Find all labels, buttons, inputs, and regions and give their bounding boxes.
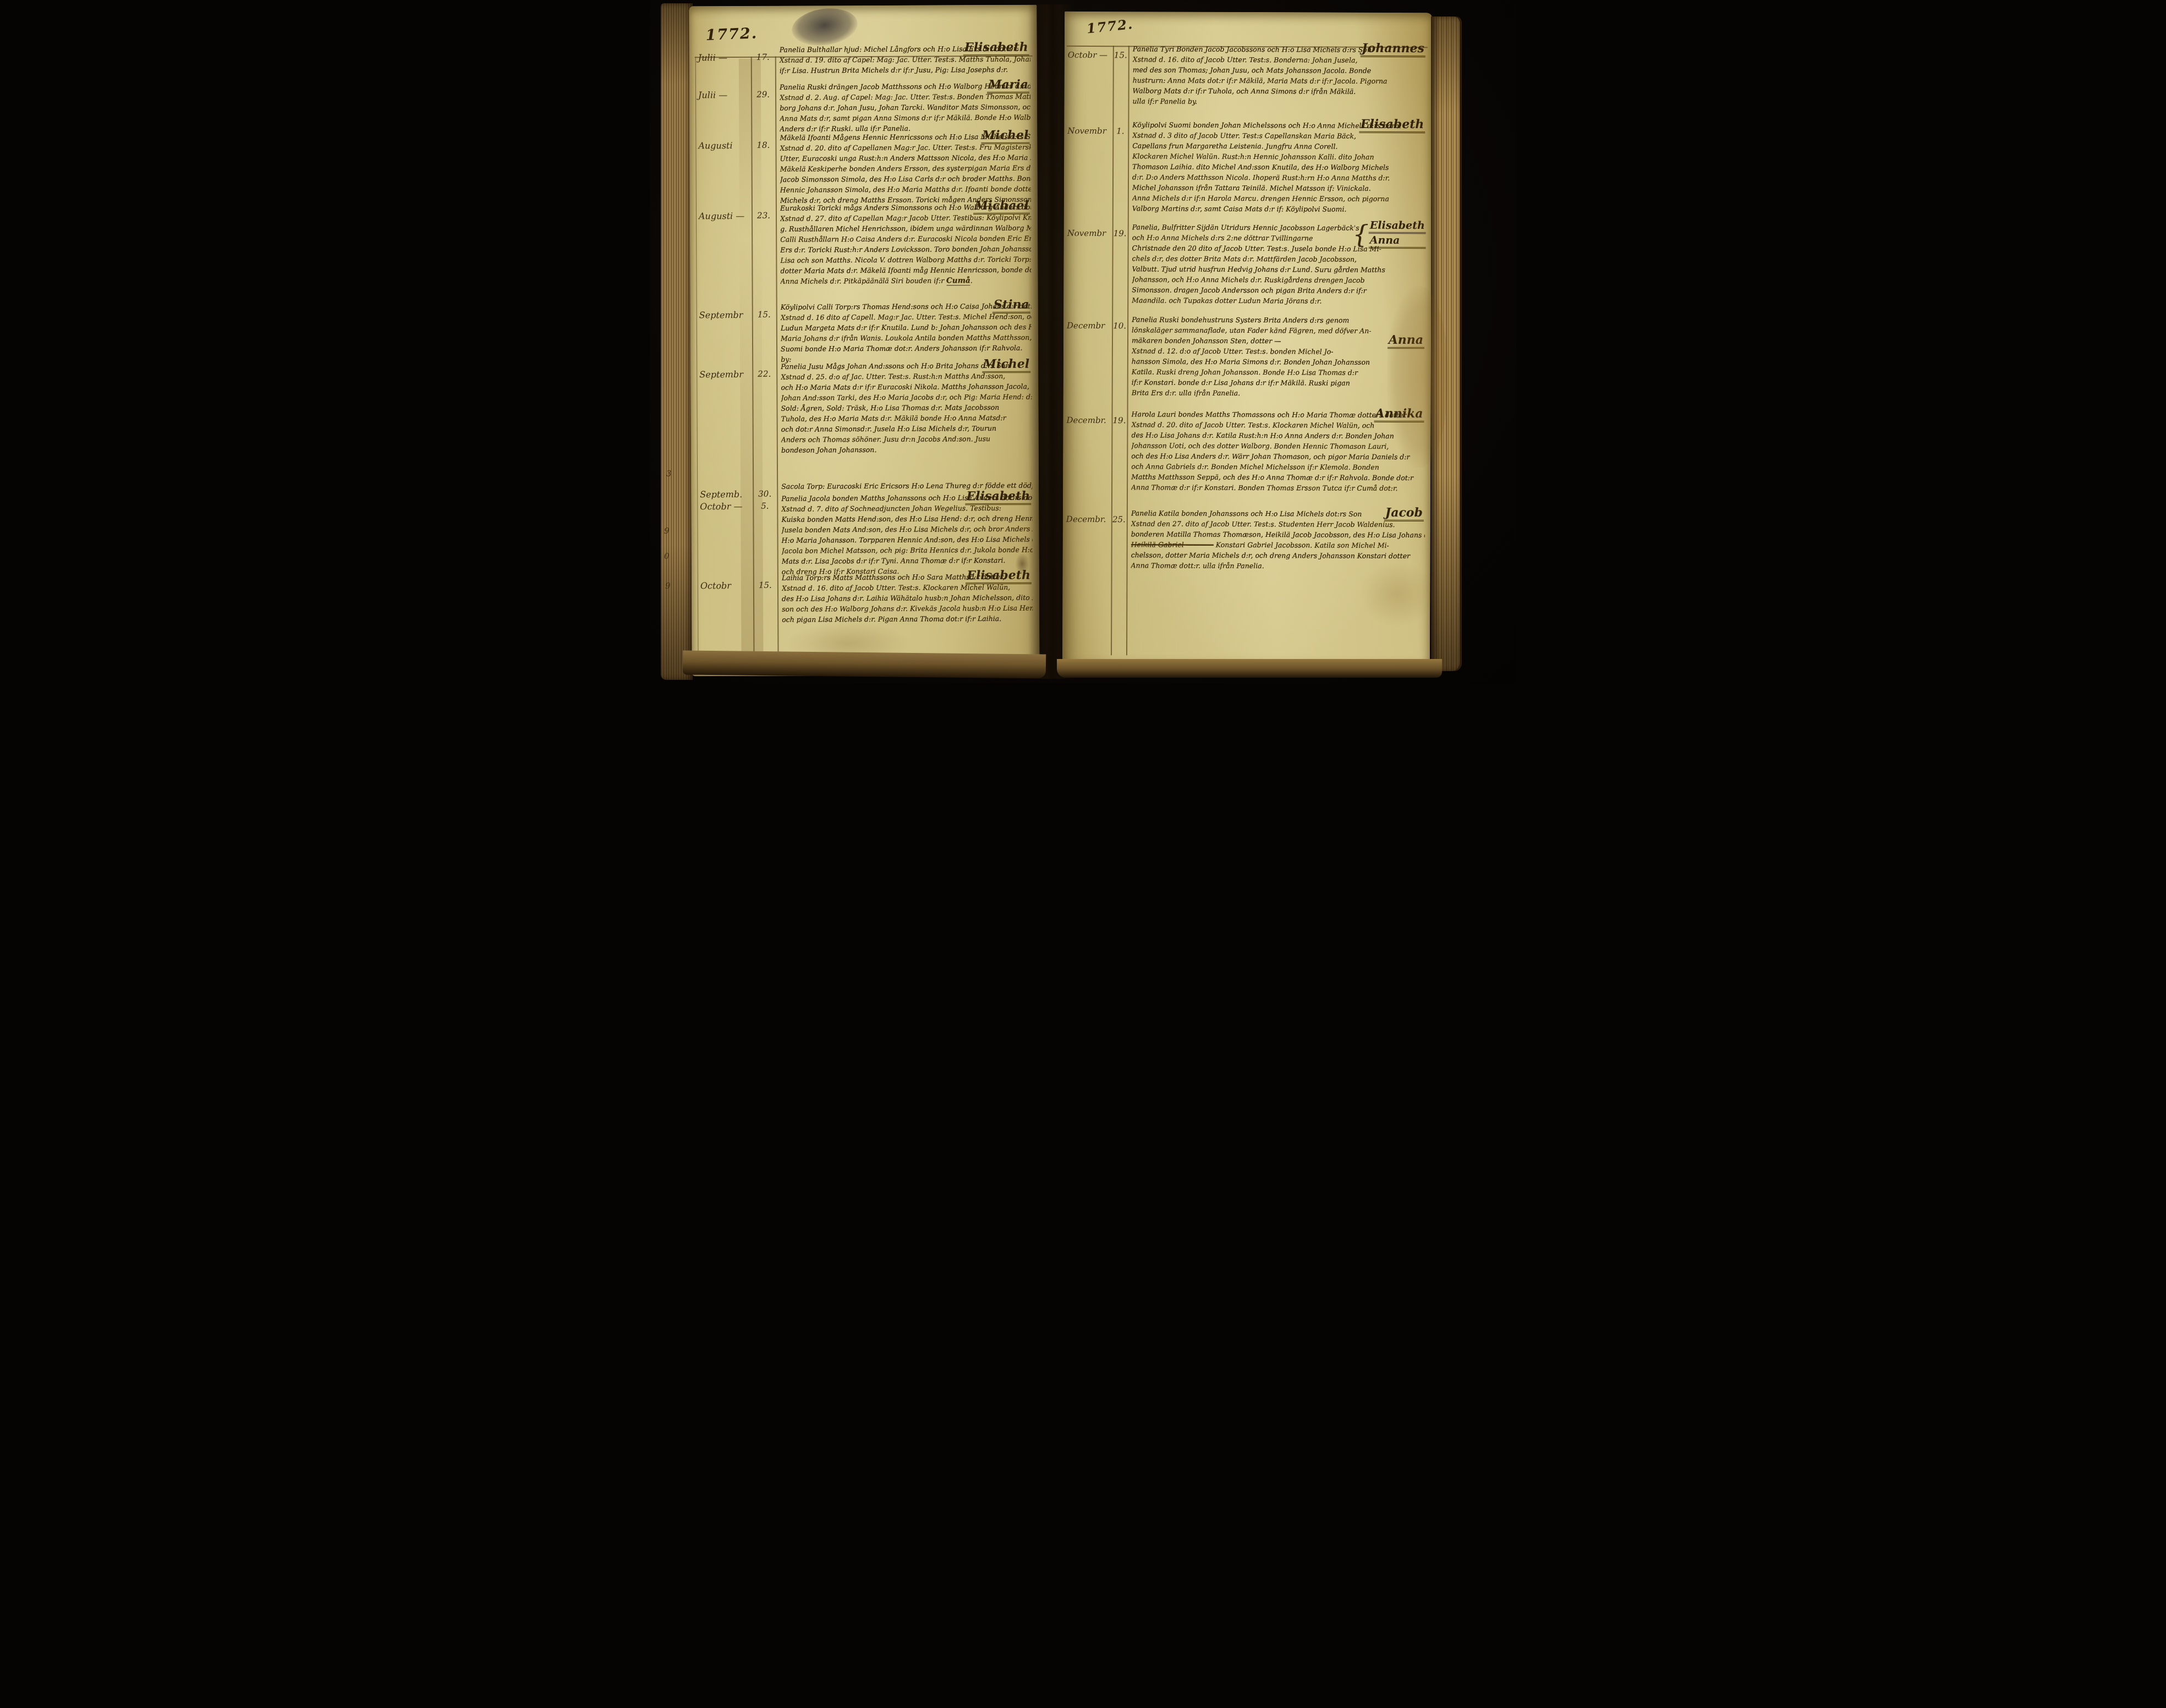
entry-line: Matths Matthsson Seppä, och des H:o Anna…	[1131, 471, 1425, 483]
entry-line: d:r. D:o Anders Matthsson Nicola. Ihoper…	[1132, 172, 1426, 183]
entry-line: Anna Thomæ d:r if:r Konstari. Bonden Tho…	[1131, 482, 1425, 493]
entry-body-text: Panelia Ruski bondehustruns Systers Brit…	[1132, 314, 1426, 399]
entry-body-text: Panelia Katila bonden Johanssons och H:o…	[1131, 508, 1425, 572]
entry-day-number: 15.	[752, 310, 776, 320]
entry-month-label: Octobr	[700, 580, 752, 591]
entry-day-number: 5.	[753, 501, 777, 511]
entry-line: Panelia Katila bonden Johanssons och H:o…	[1131, 508, 1425, 519]
entry-month-label: Novembr	[1067, 126, 1111, 136]
child-name: Michel	[982, 358, 1031, 373]
entry-day-number: 29.	[751, 90, 775, 100]
entry-day-number: 15.	[753, 580, 777, 590]
register-entry: Octobr15.Laihia Torp:rs Matts Matthssons…	[692, 572, 1039, 573]
entry-line: Walborg Mats d:r if:r Tuhola, och Anna S…	[1133, 85, 1427, 97]
entry-body-text: Panelia Jacola bonden Matths Johanssons …	[781, 492, 1033, 577]
child-name: Elisabeth	[966, 490, 1032, 506]
entry-month-label: Octobr —	[1068, 50, 1112, 60]
day-column-rule	[1126, 46, 1129, 655]
entry-line: Brita Ers d:r. ulla ifrån Panelia.	[1132, 387, 1425, 399]
left-page-entries: Julii —17.Panelia Bulthallar hjud: Miche…	[689, 5, 1037, 7]
child-names: ElisabethAnna	[1369, 219, 1426, 249]
child-name: Stina	[992, 298, 1030, 314]
entry-body-text: Panelia Ruski drängen Jacob Matthssons o…	[780, 81, 1030, 134]
photographed-register-book: 3 9 0 9 1772. Julii —17.Panelia Bulthall…	[650, 0, 1516, 683]
entry-line: son och des H:o Walborg Johans d:r. Kive…	[782, 603, 1033, 614]
struck-text: Heikilä Gabriel ————	[1131, 540, 1214, 549]
register-entry: Augusti18.Mäkelä Ifoanti Mågens Hennic H…	[689, 131, 1037, 133]
entry-line: bondeson Johan Johansson.	[781, 444, 1032, 455]
entry-line: och dot:r Anna Simonsd:r. Jusela H:o Lis…	[781, 423, 1032, 435]
entry-line: if:r Konstari. bonde d:r Lisa Johans d:r…	[1132, 377, 1425, 388]
edge-pen-mark: 9	[664, 526, 670, 536]
entry-line: Jacola bon Michel Matsson, och pig: Brit…	[782, 545, 1033, 556]
register-entry: Septembr22.Panelia Jusu Mågs Johan And:s…	[690, 360, 1038, 362]
entry-day-number: 15.	[1112, 50, 1129, 60]
entry-line: Mats d:r. Lisa Jacobs d:r if:r Tyni. Ann…	[782, 555, 1033, 567]
entry-month-label: Augusti	[698, 140, 750, 151]
child-name: Michel	[981, 129, 1030, 144]
entry-line: Ers d:r. Toricki Rust:h:r Anders Lovicks…	[780, 244, 1031, 255]
child-name: Maria	[987, 78, 1029, 94]
entry-line: H:o Maria Johansson. Torpparen Hennic An…	[782, 534, 1033, 546]
entry-line: Xstnad den 27. dito af Jacob Utter. Test…	[1131, 518, 1425, 530]
entry-line: lönskaläger sammanaflade, utan Fader kän…	[1132, 325, 1425, 336]
edge-pen-mark: 9	[665, 581, 671, 591]
entry-line: chelsson, dotter Maria Michels d:r, och …	[1131, 550, 1425, 561]
register-entry: Decembr10.Panelia Ruski bondehustruns Sy…	[1063, 314, 1431, 315]
entry-line: Tuhola, des H:o Maria Mats d:r. Mäkilä b…	[781, 413, 1032, 424]
right-page: 1772. Octobr —15.Panelia Tyri Bonden Jac…	[1062, 12, 1432, 673]
entry-body-text: Mäkelä Ifoanti Mågens Hennic Henricssons…	[780, 131, 1031, 206]
entry-line: Johan And:sson Tarki, des H:o Maria Jaco…	[781, 392, 1032, 403]
child-name: Elisabeth	[1359, 118, 1425, 133]
child-name: Annika	[1374, 407, 1424, 422]
entry-line: mäkaren bonden Johansson Sten, dotter —	[1132, 335, 1425, 347]
entry-line: Anders och Thomas söhöner. Jusu dr:n Jac…	[781, 433, 1032, 445]
emphasized-word: Cumå	[946, 276, 970, 286]
register-entry: Septembr15.Köylipolvi Calli Torp:rs Thom…	[690, 301, 1038, 303]
entry-body-text: Laihia Torp:rs Matts Matthssons och H:o …	[782, 572, 1033, 625]
edge-pen-mark: 0	[664, 551, 670, 561]
entry-line: och des H:o Lisa Anders d:r. Wärr Johan …	[1131, 451, 1425, 462]
register-entry: Novembr1.Köylipolvi Suomi bonden Johan M…	[1064, 119, 1432, 120]
entry-line: och pigan Lisa Michels d:r. Pigan Anna T…	[782, 613, 1033, 625]
entry-line: Anna Mats d:r, samt pigan Anna Simons d:…	[780, 112, 1030, 124]
entry-body-text: Köylipolvi Calli Torp:rs Thomas Hend:son…	[781, 301, 1032, 365]
entry-line: Capellans frun Margaretha Leistenia. Jun…	[1132, 140, 1426, 152]
entry-line: Heikilä Gabriel ———— Konstari Gabriel Ja…	[1131, 539, 1425, 551]
entry-body-text: Panelia Tyri Bonden Jacob Jacobssons och…	[1132, 43, 1426, 107]
entry-day-number: 30.	[753, 489, 777, 499]
entry-line: och Anna Gabriels d:r. Bonden Michel Mic…	[1131, 461, 1425, 473]
entry-line: Sold: Ågren, Sold: Träsk, H:o Lisa Thoma…	[781, 402, 1032, 414]
child-name: Michael	[973, 199, 1030, 215]
child-name: Anna	[1369, 235, 1426, 249]
day-column-rule	[775, 57, 779, 660]
entry-month-label: Julii —	[698, 90, 750, 100]
entry-line: borg Johans d:r. Johan Jusu, Johan Tarck…	[780, 102, 1030, 113]
entry-day-number: 10.	[1111, 321, 1128, 331]
entry-line: Johansson Uoti, och des dotter Walborg. …	[1131, 440, 1425, 452]
entry-line: if:r Lisa. Hustrun Brita Michels d:r if:…	[780, 64, 1030, 76]
register-entry: Septemb.30.Sacola Torp: Euracoski Eric E…	[691, 480, 1039, 482]
entry-month-label: Septembr	[699, 310, 751, 320]
child-name: Elisabeth	[963, 41, 1029, 57]
entry-line: Thomason Laihia. dito Michel And:sson Kn…	[1132, 161, 1426, 173]
entry-body-text: Panelia Bulthallar hjud: Michel Långfors…	[780, 43, 1030, 76]
entry-line: hustrurn: Anna Mats dot:r if:r Mäkilä, M…	[1133, 75, 1427, 86]
edge-pen-mark: 3	[666, 469, 672, 479]
entry-body-text: Eurakoski Toricki mågs Anders Simonssons…	[780, 202, 1032, 287]
entry-line: bonderen Matilla Thomas Thomæson, Heikil…	[1131, 529, 1425, 540]
entry-line: Hennic Johansson Simola, des H:o Maria M…	[780, 184, 1031, 195]
entry-body-text: Harola Lauri bondes Matths Thomassons oc…	[1131, 409, 1425, 493]
year-heading-right: 1772.	[1086, 16, 1134, 36]
entry-line: ulla if:r Panelia by.	[1132, 96, 1426, 107]
entry-month-label: Novembr	[1067, 228, 1111, 238]
entry-line: Xstnad d. 12. d:o af Jacob Utter. Test:s…	[1132, 345, 1425, 357]
entry-line: hansson Simola, des H:o Maria Simons d:r…	[1132, 356, 1425, 367]
entry-month-label: Julii —	[698, 52, 750, 63]
child-name: Anna	[1388, 333, 1424, 349]
entry-line: des H:o Lisa Johans d:r. Katila Rust:h:n…	[1131, 430, 1425, 441]
entry-month-label: Septemb.	[700, 489, 752, 499]
entry-day-number: 17.	[751, 52, 775, 62]
child-name: Elisabeth	[966, 569, 1032, 585]
entry-line: Anna Michels d:r. Pitkäpäänälä Siri boud…	[780, 275, 1031, 287]
entry-line: Michel Johansson ifrån Tattara Teinilä. …	[1132, 182, 1426, 194]
entry-line: Panelia Ruski bondehustruns Systers Brit…	[1132, 314, 1425, 326]
entry-line: Simonsson. dragen Jacob Andersson och pi…	[1132, 284, 1425, 296]
entry-line: Calli Rusthållarn H:o Caisa Anders d:r. …	[780, 233, 1031, 245]
entry-line: Valbutt. Tjud utrid husfrun Hedvig Johan…	[1132, 263, 1425, 275]
entry-day-number: 19.	[1110, 415, 1128, 425]
entry-line: Anna Thomæ dott:r. ulla ifrån Panelia.	[1131, 560, 1425, 572]
entry-month-label: Septembr	[699, 369, 751, 380]
month-column-rule	[1111, 46, 1114, 655]
register-entry: Decembr.19.Harola Lauri bondes Matths Th…	[1063, 409, 1431, 410]
entry-month-label: Augusti —	[699, 211, 750, 221]
entry-day-number: 1.	[1111, 126, 1129, 136]
entry-day-number: 19.	[1111, 228, 1129, 238]
entry-month-label: Decembr	[1067, 321, 1111, 331]
entry-line: Katila. Ruski dreng Johan Johansson. Bon…	[1132, 366, 1425, 378]
entry-line: des H:o Lisa Johans d:r. Laihia Wähätalo…	[782, 592, 1033, 604]
entry-line: och H:o Maria Mats d:r if:r Euracoski Ni…	[781, 381, 1032, 393]
entry-line: Suomi bonde H:o Maria Thomæ dot:r. Ander…	[781, 343, 1032, 354]
entry-line: Jusela bonden Mats And:son, des H:o Lisa…	[781, 524, 1032, 535]
left-page: 1772. Julii —17.Panelia Bulthallar hjud:…	[689, 5, 1039, 677]
entry-line: Valborg Martins d:r, samt Caisa Mats d:r…	[1132, 203, 1426, 215]
right-page-entries: Octobr —15.Panelia Tyri Bonden Jacob Jac…	[1065, 12, 1432, 13]
register-entry: Novembr19.Panelia, Bulfritter Sijdän Utr…	[1064, 222, 1432, 223]
register-entry: Octobr —15.Panelia Tyri Bonden Jacob Jac…	[1065, 43, 1432, 45]
entry-month-label: Decembr.	[1066, 514, 1110, 524]
entry-body-text: Köylipolvi Suomi bonden Johan Michelsson…	[1132, 119, 1427, 215]
entry-day-number: 22.	[752, 369, 776, 379]
entry-line: Jacob Simonsson Simola, des H:o Lisa Car…	[780, 173, 1031, 185]
entry-line: g. Rusthållaren Michel Henrichsson, ibid…	[780, 223, 1031, 234]
entry-line: med des son Thomas; Johan Jusu, och Mats…	[1133, 64, 1427, 76]
entry-line: Anna Michels d:r if:n Harola Marcu. dren…	[1132, 193, 1426, 204]
register-entry: Julii —17.Panelia Bulthallar hjud: Miche…	[689, 43, 1037, 45]
entry-month-label: Octobr —	[700, 501, 752, 512]
book-fore-edge-left	[661, 3, 693, 680]
entry-line: Maandila. och Tupakas dotter Ludun Maria…	[1132, 295, 1425, 306]
entry-line: chels d:r, des dotter Brita Mats d:r. Ma…	[1132, 253, 1425, 265]
entry-line: dotter Maria Mats d:r. Mäkelä Ifoanti må…	[780, 265, 1031, 276]
child-name: Johannes	[1361, 42, 1425, 57]
entry-line: Utter, Euracoski unga Rust:h:n Anders Ma…	[780, 152, 1031, 164]
child-name: Elisabeth	[1369, 220, 1426, 234]
entry-day-number: 23.	[752, 211, 776, 221]
entry-day-number: 25.	[1110, 514, 1128, 524]
entry-month-label: Decembr.	[1066, 415, 1110, 425]
child-name: Jacob	[1384, 506, 1424, 521]
entry-line: Kuiska bonden Matts Hend:son, des H:o Li…	[781, 513, 1032, 525]
child-name-group: {ElisabethAnna	[1352, 219, 1425, 249]
book-fore-edge-right	[1431, 17, 1460, 671]
entry-line: Lisa och son Matths. Nicola V. dottren W…	[780, 254, 1031, 266]
register-entry: Julii —29.Panelia Ruski drängen Jacob Ma…	[689, 81, 1037, 83]
entry-body-text: Panelia, Bulfritter Sijdän Utridurs Henn…	[1132, 222, 1426, 306]
entry-line: Ludun Margeta Mats d:r if:r Knutila. Lun…	[781, 322, 1032, 333]
entry-line: Mäkelä Keskiperhe bonden Anders Ersson, …	[780, 163, 1031, 174]
year-heading-left: 1772.	[705, 25, 758, 44]
entry-line: Johansson, och H:o Anna Michels d:r. Rus…	[1132, 274, 1425, 285]
entry-body-text: Panelia Jusu Mågs Johan And:ssons och H:…	[781, 360, 1032, 455]
entry-line: Maria Johans d:r ifrån Wanis. Loukola An…	[781, 332, 1032, 344]
entry-day-number: 18.	[751, 140, 775, 150]
register-entry: Augusti —23.Eurakoski Toricki mågs Ander…	[690, 202, 1038, 204]
entry-line: Klockaren Michel Walün. Rust:h:n Hennic …	[1132, 151, 1426, 162]
register-entry: Decembr.25.Panelia Katila bonden Johanss…	[1063, 508, 1430, 509]
brace-mark: {	[1352, 223, 1368, 245]
